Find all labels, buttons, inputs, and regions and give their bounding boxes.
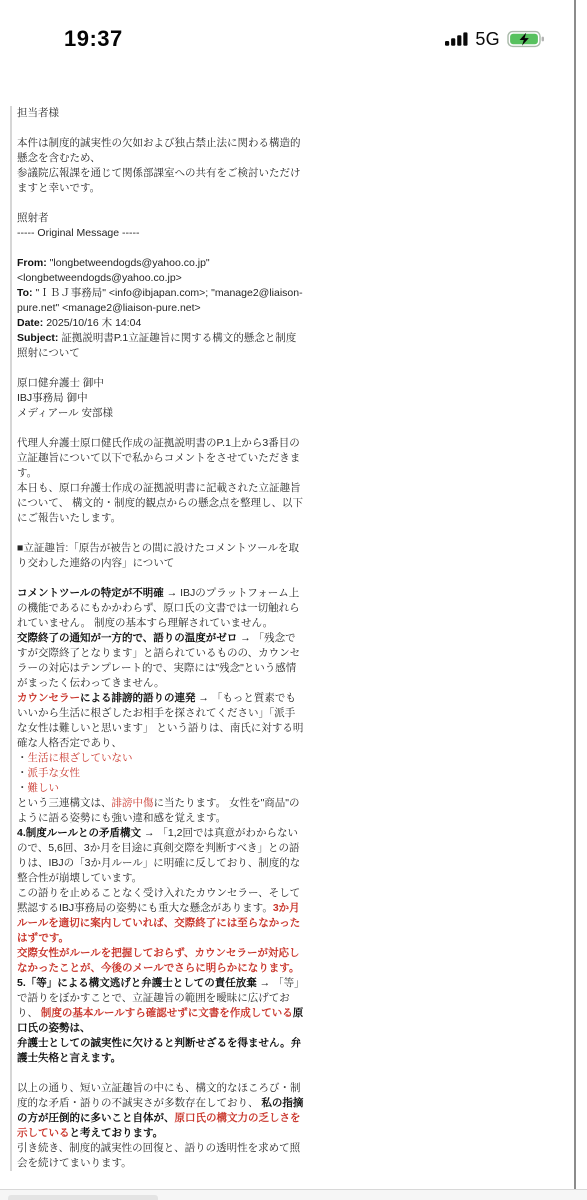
network-type-label: 5G: [475, 29, 500, 50]
email-text-run: 本日も、原口弁護士作成の証拠説明書に記載された立証趣旨について、 構文的・制度的…: [17, 482, 303, 524]
email-paragraph: 担当者様: [17, 106, 304, 121]
email-text-run: IBJ事務局 御中: [17, 392, 88, 404]
email-text-run: ・: [17, 767, 28, 779]
email-paragraph: ■立証趣旨:「原告が被告との間に設けたコメントツールを取り交わした連絡の内容」に…: [17, 541, 304, 571]
status-bar: 19:37 5G: [0, 22, 587, 56]
email-text-run: From:: [17, 257, 50, 269]
email-text-run: コメントツールの特定が不明確: [17, 587, 164, 599]
email-text-run: による誹謗的語りの連発: [80, 692, 196, 704]
email-text-run: Date:: [17, 317, 46, 329]
email-text-run: 派手な女性: [28, 767, 81, 779]
email-paragraph: 照射者----- Original Message -----: [17, 211, 304, 241]
email-text-run: ----- Original Message -----: [17, 227, 140, 239]
email-text-run: ・: [17, 752, 28, 764]
email-paragraph: コメントツールの特定が不明確 → IBJのプラットフォーム上の機能であるにもかか…: [17, 586, 304, 1066]
email-text-run: "ＩＢＪ事務局" <info@ibjapan.com>; "manage2@li…: [17, 287, 303, 314]
email-paragraph: 原口健弁護士 御中IBJ事務局 御中メディアール 安部様: [17, 376, 304, 421]
email-paragraph: From: "longbetweendogds@yahoo.co.jp" <lo…: [17, 256, 304, 361]
email-text-run: 担当者様: [17, 107, 59, 119]
email-text-run: カウンセラー: [17, 692, 80, 704]
signal-strength-icon: [445, 32, 468, 46]
email-text-run: 4.制度ルールとの矛盾構文: [17, 827, 141, 839]
next-content-edge: [8, 1195, 158, 1200]
email-text-run: 参議院広報課を通じて関係部課室への共有をご検討いただけますと幸いです。: [17, 167, 301, 194]
email-text-run: To:: [17, 287, 35, 299]
email-text-run: ■立証趣旨:「原告が被告との間に設けたコメントツールを取り交わした連絡の内容」に…: [17, 542, 299, 569]
email-paragraph: 以上の通り、短い立証趣旨の中にも、構文的なほころび・制度的な矛盾・語りの不誠実さ…: [17, 1081, 304, 1171]
email-text-run: と考えております。: [70, 1127, 164, 1139]
email-text-run: 5.「等」による構文逃げと弁護士としての責任放棄: [17, 977, 257, 989]
battery-charging-icon: [507, 30, 545, 48]
email-text-run: この語りを止めることなく受け入れたカウンセラー、そして黙認するIBJ事務局の姿勢…: [17, 887, 300, 914]
email-text-run: 交際女性がルールを把握しておらず、カウンセラーが対応しなかったことが、今後のメー…: [17, 947, 299, 974]
status-time: 19:37: [64, 26, 123, 52]
email-text-run: 誹謗中傷: [112, 797, 154, 809]
email-text-run: 制度の基本ルールすら確認せずに文書を作成している: [41, 1007, 293, 1019]
email-text-run: 交際終了の通知が一方的で、語りの温度がゼロ: [17, 632, 237, 644]
email-text-run: 以上の通り、短い立証趣旨の中にも、構文的なほころび・制度的な矛盾・語りの不誠実さ…: [17, 1082, 301, 1109]
email-text-run: ・: [17, 782, 28, 794]
email-text-run: 照射者: [17, 212, 49, 224]
email-text-run: 2025/10/16 木 14:04: [46, 317, 141, 329]
email-text-run: 原口健弁護士 御中: [17, 377, 104, 389]
email-text-run: 引き続き、制度的誠実性の回復と、語りの透明性を求めて照会を続けてまいります。: [17, 1142, 300, 1169]
email-body: 担当者様本件は制度的誠実性の欠如および独占禁止法に関わる構造的懸念を含むため、参…: [10, 106, 304, 1171]
email-text-run: 生活に根ざしていない: [28, 752, 133, 764]
bottom-toolbar-edge: [0, 1189, 587, 1200]
email-text-run: という三連構文は、: [17, 797, 112, 809]
email-text-run: メディアール 安部様: [17, 407, 113, 419]
email-text-run: 難しい: [28, 782, 60, 794]
email-text-run: Subject:: [17, 332, 61, 344]
email-paragraph: 本件は制度的誠実性の欠如および独占禁止法に関わる構造的懸念を含むため、参議院広報…: [17, 136, 304, 196]
email-text-run: 代理人弁護士原口健氏作成の証拠説明書のP.1上から3番目の立証趣旨について以下で…: [17, 437, 300, 479]
email-text-run: 本件は制度的誠実性の欠如および独占禁止法に関わる構造的懸念を含むため、: [17, 137, 301, 164]
scrollbar[interactable]: [574, 0, 576, 1200]
email-paragraph: 代理人弁護士原口健氏作成の証拠説明書のP.1上から3番目の立証趣旨について以下で…: [17, 436, 304, 526]
status-icons: 5G: [445, 29, 545, 50]
email-text-run: 弁護士としての誠実性に欠けると判断せざるを得ません。弁護士失格と言えます。: [17, 1037, 301, 1064]
